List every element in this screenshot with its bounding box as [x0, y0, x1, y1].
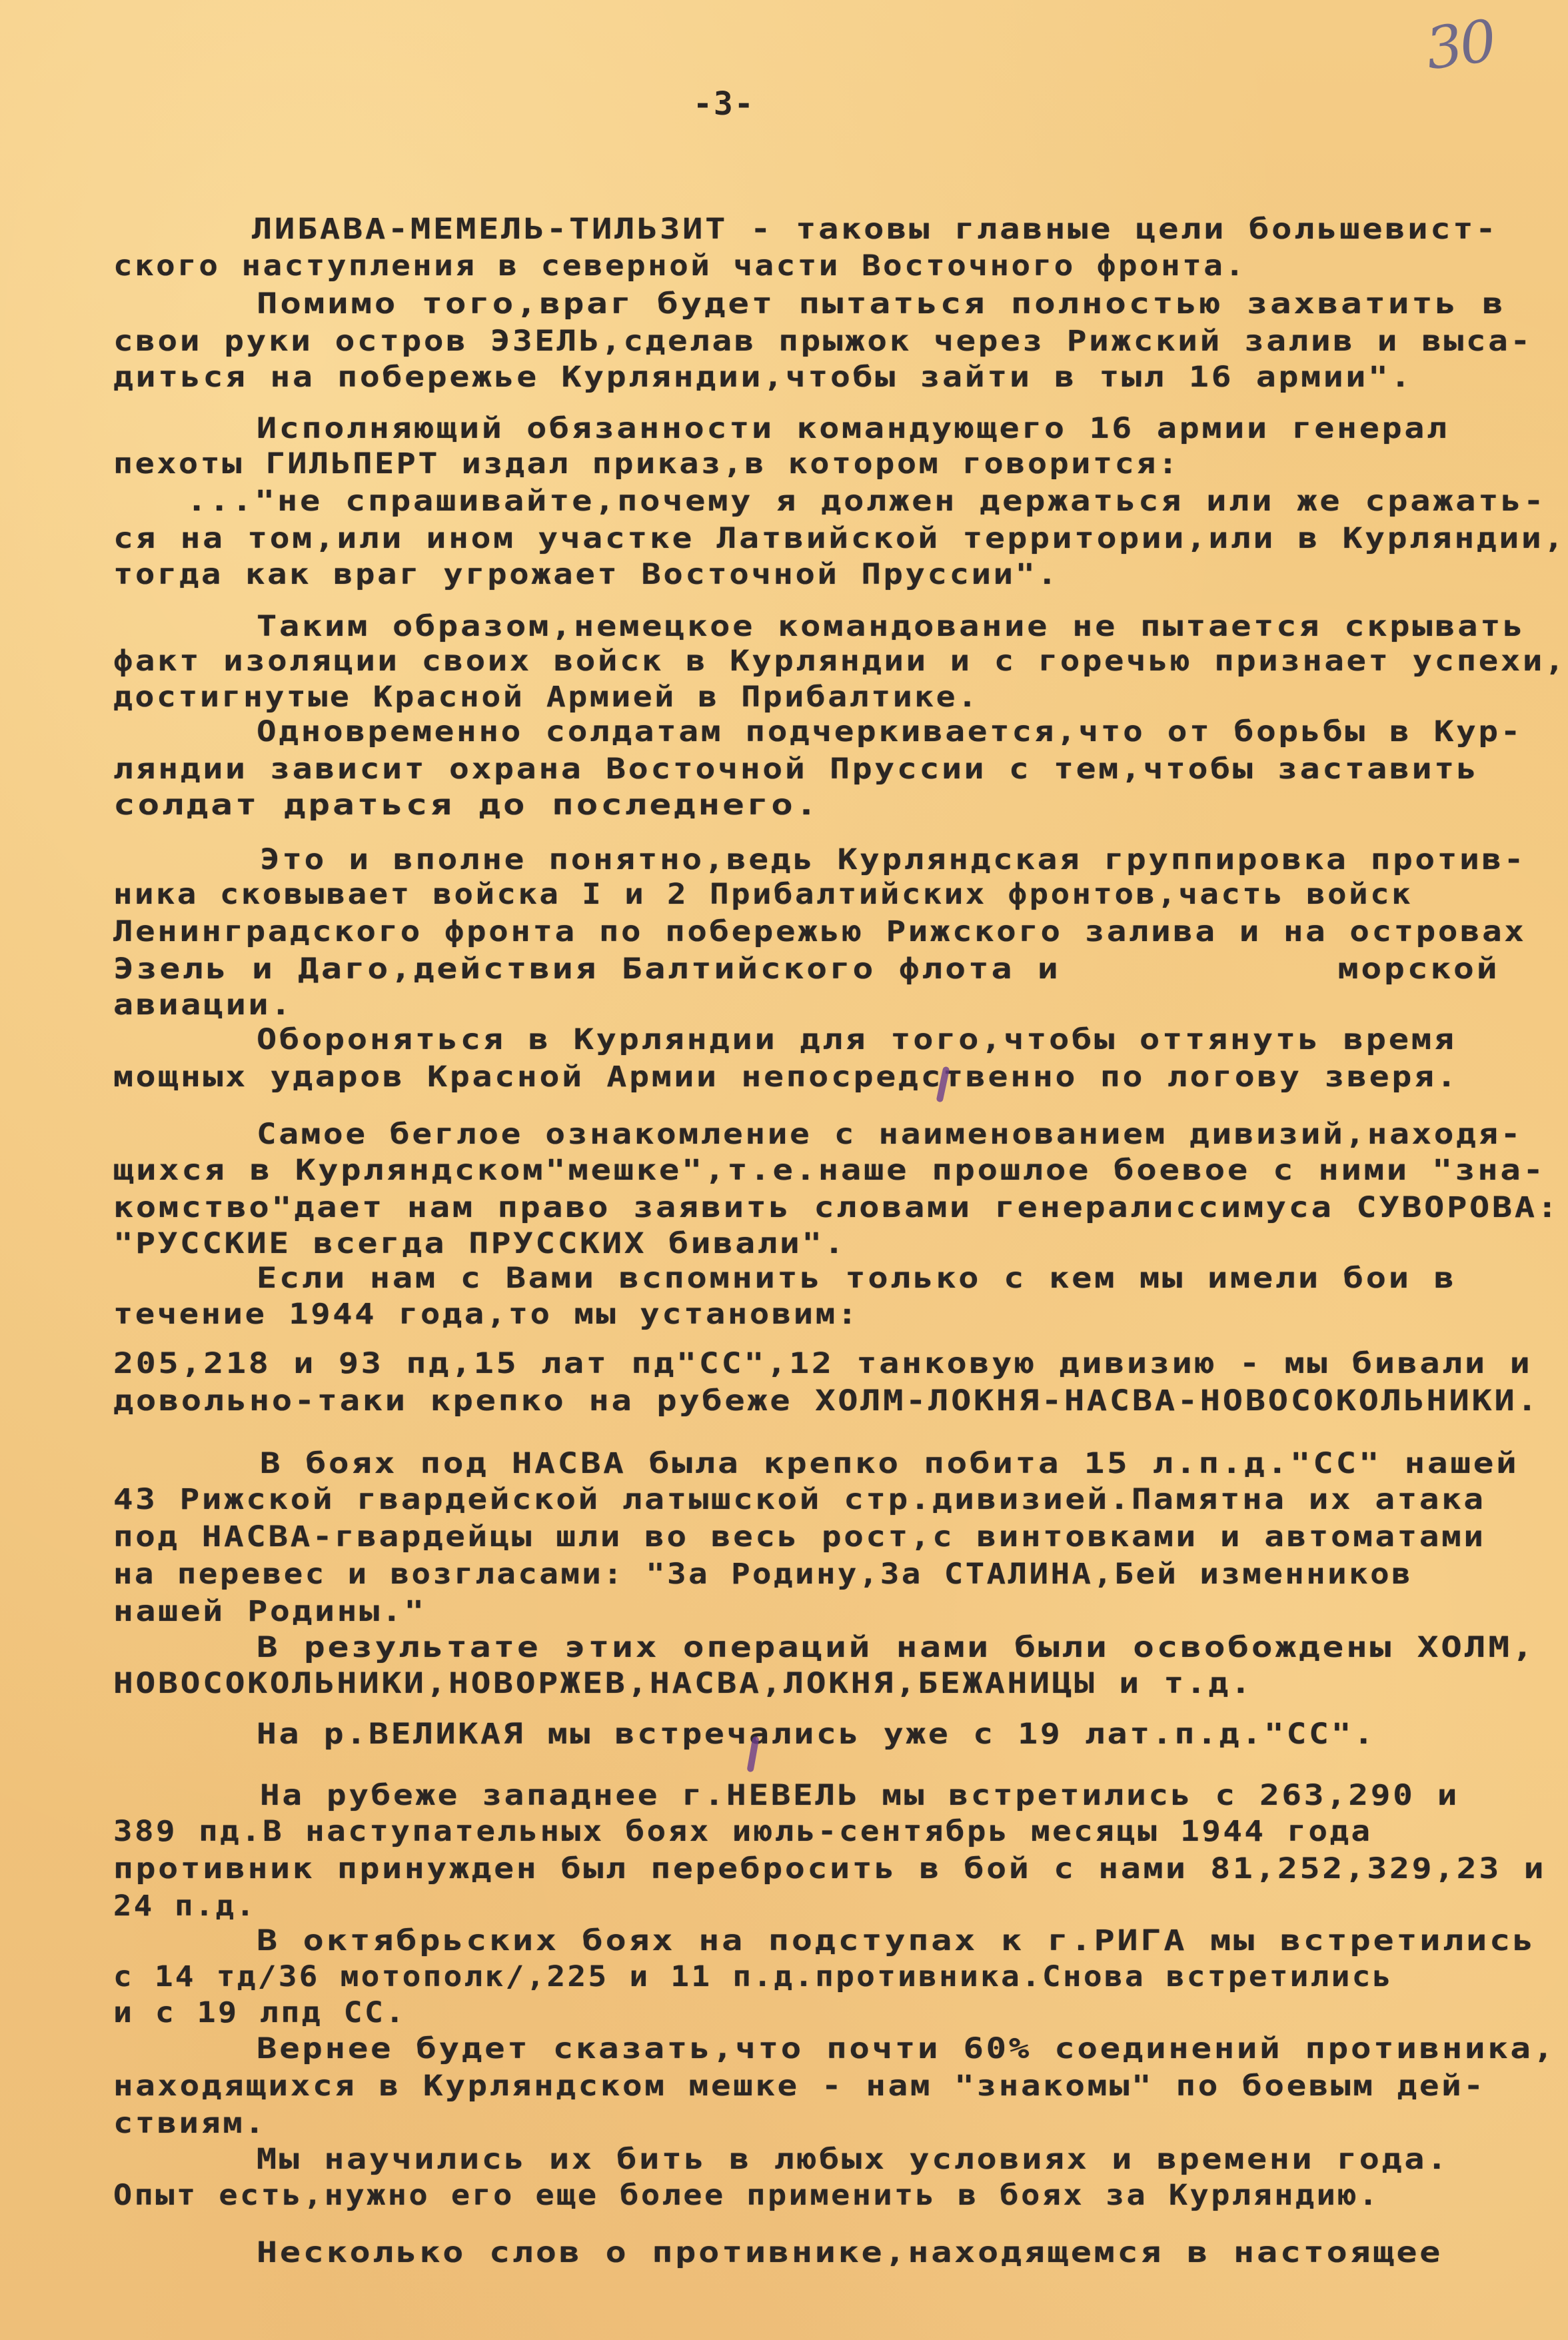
document-page: 30 -3- ЛИБАВА-МЕМЕЛЬ-ТИЛЬЗИТ - таковы гл…: [0, 0, 1568, 2340]
text-line: В результате этих операций нами были осв…: [257, 1630, 1535, 1665]
handwritten-folio-number: 30: [1422, 7, 1498, 83]
text-line: Если нам с Вами вспомнить только с кем м…: [257, 1261, 1457, 1296]
text-line: диться на побережье Курляндии,чтобы зайт…: [113, 360, 1413, 395]
text-line: В боях под НАСВА была крепко побита 15 л…: [260, 1446, 1519, 1481]
text-line: ствиям.: [113, 2106, 267, 2141]
text-line: ЛИБАВА-МЕМЕЛЬ-ТИЛЬЗИТ - таковы главные ц…: [252, 212, 1498, 247]
text-line: Помимо того,враг будет пытаться полность…: [257, 287, 1506, 321]
text-line: Опыт есть,нужно его еще более применить …: [113, 2178, 1380, 2213]
text-line: под НАСВА-гвардейцы шли во весь рост,с в…: [113, 1520, 1486, 1554]
text-line: на перевес и возгласами: "За Родину,За С…: [113, 1557, 1413, 1592]
text-line: В октябрьских боях на подступах к г.РИГА…: [257, 1923, 1536, 1958]
page-number: -3-: [693, 85, 755, 123]
text-line: "РУССКИЕ всегда ПРУССКИХ бивали".: [113, 1226, 846, 1261]
text-line: течение 1944 года,то мы установим:: [113, 1297, 860, 1332]
text-line: тогда как враг угрожает Восточной Прусси…: [113, 557, 1060, 592]
text-line: Мы научились их бить в любых условиях и …: [257, 2142, 1449, 2177]
text-line: На р.ВЕЛИКАЯ мы встречались уже с 19 лат…: [257, 1717, 1376, 1752]
text-line: находящихся в Курляндском мешке - нам "з…: [113, 2069, 1486, 2103]
text-line: Ленинградского фронта по побережью Рижск…: [113, 914, 1526, 949]
text-line: с 14 тд/36 мотополк/,225 и 11 п.д.против…: [113, 1959, 1393, 1994]
text-line: Исполняющий обязанности командующего 16 …: [257, 411, 1449, 446]
text-line: пехоты ГИЛЬПЕРТ издал приказ,в котором г…: [113, 447, 1180, 481]
text-line: довольно-таки крепко на рубеже ХОЛМ-ЛОКН…: [113, 1384, 1539, 1418]
text-line: Одновременно солдатам подчеркивается,что…: [257, 714, 1523, 749]
text-line: 43 Рижской гвардейской латышской стр.див…: [113, 1482, 1486, 1517]
text-line: ника сковывает войска I и 2 Прибалтийски…: [113, 877, 1413, 912]
text-line: ..."не спрашивайте,почему я должен держа…: [187, 484, 1546, 519]
text-line: щихся в Курляндском"мешке",т.е.наше прош…: [113, 1153, 1546, 1188]
text-line: ляндии зависит охрана Восточной Пруссии …: [113, 752, 1479, 786]
text-line: противник принужден был перебросить в бо…: [113, 1851, 1546, 1886]
text-line: Таким образом,немецкое командование не п…: [257, 609, 1525, 644]
text-line: достигнутые Красной Армией в Прибалтике.: [113, 680, 980, 714]
text-line: Вернее будет сказать,что почти 60% соеди…: [257, 2031, 1556, 2066]
text-line: солдат драться до последнего.: [113, 788, 820, 822]
text-line: Самое беглое ознакомление с наименование…: [257, 1117, 1523, 1152]
text-line: и с 19 лпд СС.: [113, 1995, 406, 2030]
text-line: Несколько слов о противнике,находящемся …: [257, 2235, 1443, 2270]
text-line: нашей Родины.": [113, 1594, 426, 1629]
text-line: факт изоляции своих войск в Курляндии и …: [113, 644, 1567, 678]
text-line: Эзель и Даго,действия Балтийского флота …: [113, 952, 1499, 986]
text-line: Обороняться в Курляндии для того,чтобы о…: [257, 1022, 1457, 1057]
text-line: мощных ударов Красной Армии непосредстве…: [113, 1060, 1459, 1094]
text-line: 205,218 и 93 пд,15 лат пд"СС",12 танкову…: [113, 1346, 1532, 1381]
text-line: На рубеже западнее г.НЕВЕЛЬ мы встретили…: [260, 1778, 1459, 1813]
text-line: 24 п.д.: [113, 1889, 257, 1923]
text-line: комство"дает нам право заявить словами г…: [113, 1190, 1560, 1225]
text-line: свои руки остров ЭЗЕЛЬ,сделав прыжок чер…: [113, 324, 1533, 359]
text-line: Это и вполне понятно,ведь Курляндская гр…: [260, 842, 1526, 877]
text-line: авиации.: [113, 988, 293, 1022]
text-line: ского наступления в северной части Восто…: [113, 249, 1246, 283]
text-line: ся на том,или ином участке Латвийской те…: [113, 521, 1566, 556]
text-line: 389 пд.В наступательных боях июль-сентяб…: [113, 1814, 1373, 1849]
text-line: НОВОСОКОЛЬНИКИ,НОВОРЖЕВ,НАСВА,ЛОКНЯ,БЕЖА…: [113, 1666, 1253, 1701]
